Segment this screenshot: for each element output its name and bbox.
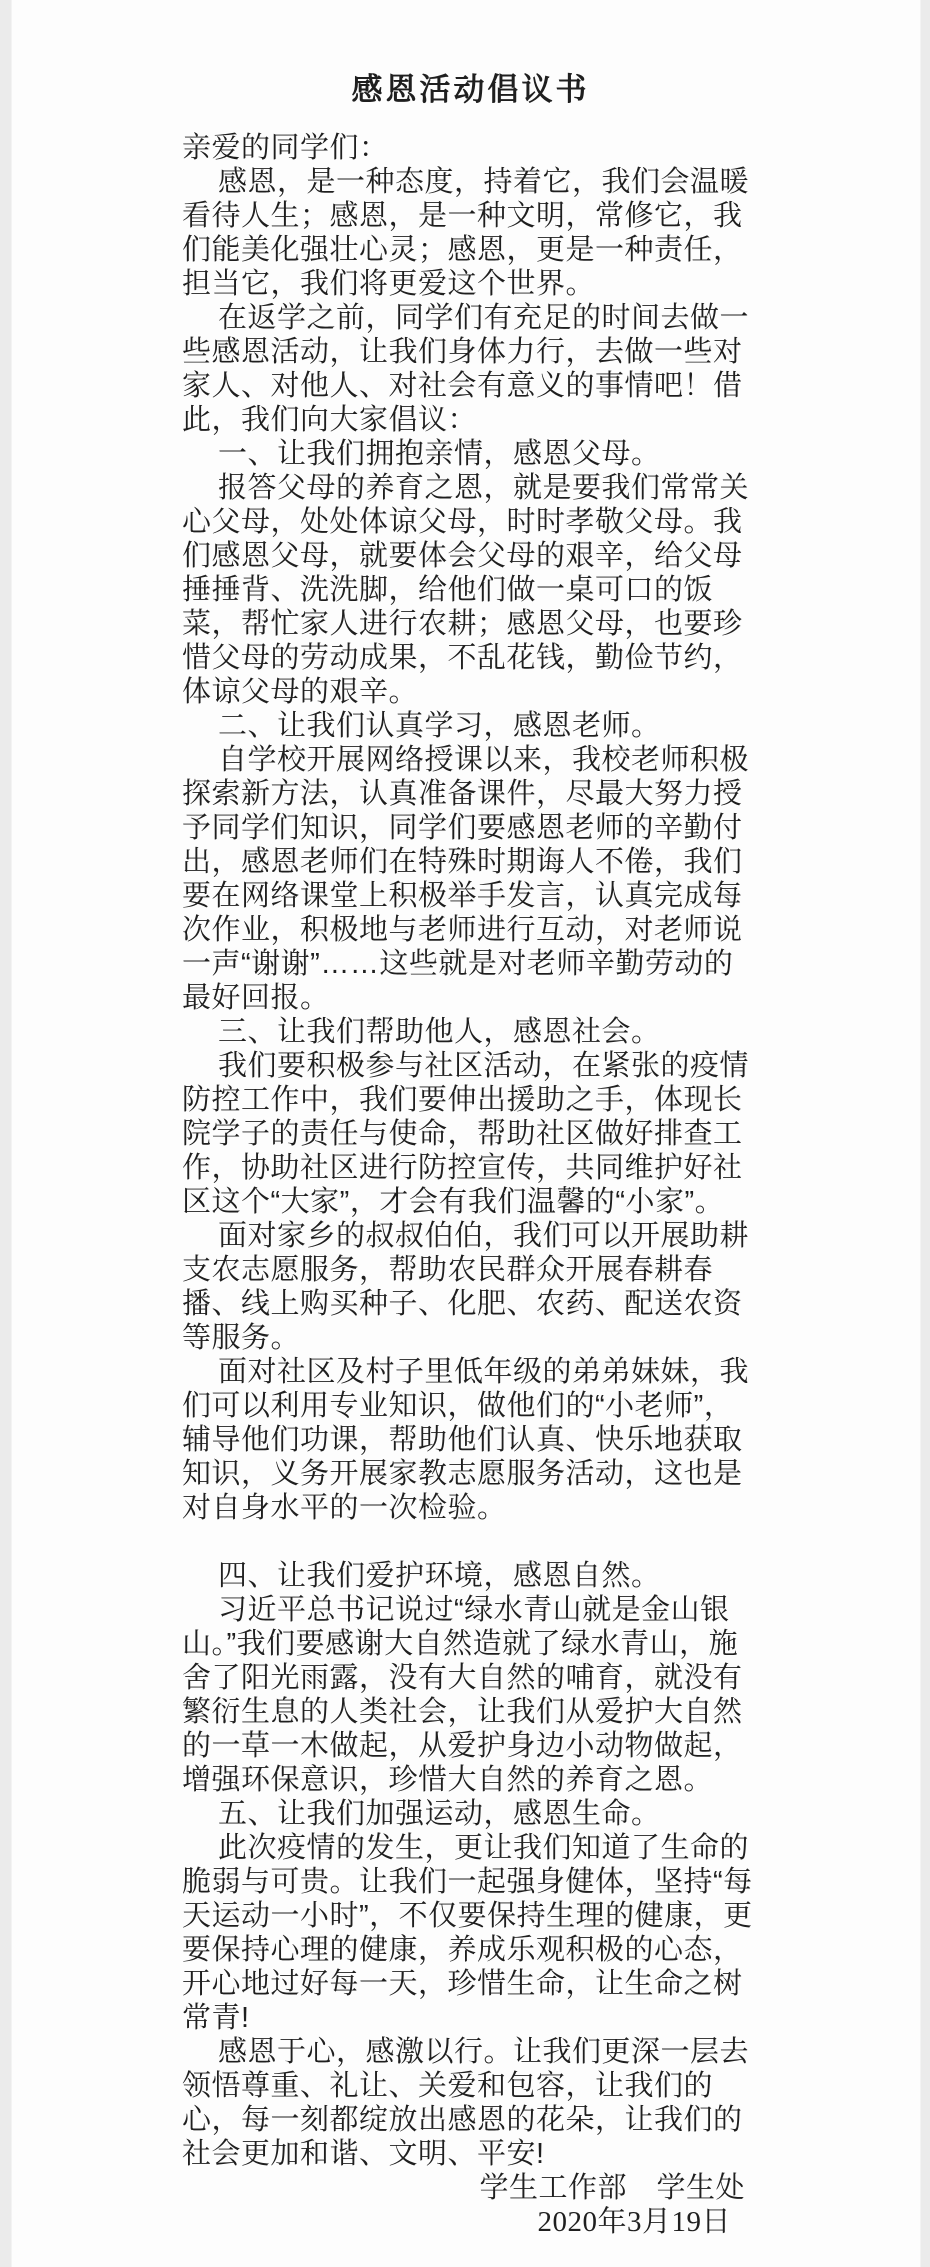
text-line: 心，每一刻都绽放出感恩的花朵，让我们的 — [182, 2103, 745, 2137]
text-line: 予同学们知识，同学们要感恩老师的辛勤付 — [182, 811, 745, 845]
signature-line: 学生工作部 学生处 — [182, 2171, 745, 2205]
text-line: 感恩于心，感激以行。让我们更深一层去 — [182, 2035, 745, 2069]
text-line: 领悟尊重、礼让、关爱和包容，让我们的 — [182, 2069, 745, 2103]
text-line: 心父母，处处体谅父母，时时孝敬父母。我 — [182, 505, 745, 539]
text-line: 家人、对他人、对社会有意义的事情吧！借 — [182, 369, 745, 403]
text-line: 作，协助社区进行防控宣传，共同维护好社 — [182, 1151, 745, 1185]
text-line: 知识，义务开展家教志愿服务活动，这也是 — [182, 1457, 745, 1491]
text-line: 防控工作中，我们要伸出援助之手，体现长 — [182, 1083, 745, 1117]
text-line: 繁衍生息的人类社会，让我们从爱护大自然 — [182, 1695, 745, 1729]
text-line: 担当它，我们将更爱这个世界。 — [182, 267, 745, 301]
text-line: 们感恩父母，就要体会父母的艰辛，给父母 — [182, 539, 745, 573]
text-line: 在返学之前，同学们有充足的时间去做一 — [182, 301, 745, 335]
text-line: 山。”我们要感谢大自然造就了绿水青山，施 — [182, 1627, 745, 1661]
text-line: 次作业，积极地与老师进行互动，对老师说 — [182, 913, 745, 947]
blank-line — [182, 1525, 745, 1559]
section-heading-line: 三、让我们帮助他人，感恩社会。 — [182, 1015, 745, 1049]
text-line: 等服务。 — [182, 1321, 745, 1355]
text-line: 菜，帮忙家人进行农耕；感恩父母，也要珍 — [182, 607, 745, 641]
text-line: 看待人生；感恩，是一种文明，常修它，我 — [182, 199, 745, 233]
text-line: 们可以利用专业知识，做他们的“小老师”， — [182, 1389, 745, 1423]
text-line: 体谅父母的艰辛。 — [182, 675, 745, 709]
text-line: 探索新方法，认真准备课件，尽最大努力授 — [182, 777, 745, 811]
document-page: 感恩活动倡议书 亲爱的同学们：感恩，是一种态度，持着它，我们会温暖看待人生；感恩… — [182, 0, 745, 2239]
text-line: 感恩，是一种态度，持着它，我们会温暖 — [182, 165, 745, 199]
scanned-document-image: 感恩活动倡议书 亲爱的同学们：感恩，是一种态度，持着它，我们会温暖看待人生；感恩… — [0, 0, 930, 2267]
text-line: 播、线上购买种子、化肥、农药、配送农资 — [182, 1287, 745, 1321]
right-gutter — [920, 0, 930, 2267]
text-line: 面对家乡的叔叔伯伯，我们可以开展助耕 — [182, 1219, 745, 1253]
text-line: 要保持心理的健康，养成乐观积极的心态， — [182, 1933, 745, 1967]
text-line: 要在网络课堂上积极举手发言，认真完成每 — [182, 879, 745, 913]
section-heading-line: 五、让我们加强运动，感恩生命。 — [182, 1797, 745, 1831]
text-line: 最好回报。 — [182, 981, 745, 1015]
text-line: 习近平总书记说过“绿水青山就是金山银 — [182, 1593, 745, 1627]
section-heading-line: 二、让我们认真学习，感恩老师。 — [182, 709, 745, 743]
date-line: 2020年3月19日 — [182, 2205, 745, 2239]
text-line: 们能美化强壮心灵；感恩，更是一种责任， — [182, 233, 745, 267]
text-line: 我们要积极参与社区活动，在紧张的疫情 — [182, 1049, 745, 1083]
text-line: 亲爱的同学们： — [182, 131, 745, 165]
text-line: 报答父母的养育之恩，就是要我们常常关 — [182, 471, 745, 505]
text-line: 支农志愿服务，帮助农民群众开展春耕春 — [182, 1253, 745, 1287]
text-line: 捶捶背、洗洗脚，给他们做一桌可口的饭 — [182, 573, 745, 607]
text-line: 此，我们向大家倡议： — [182, 403, 745, 437]
section-heading-line: 一、让我们拥抱亲情，感恩父母。 — [182, 437, 745, 471]
text-line: 舍了阳光雨露，没有大自然的哺育，就没有 — [182, 1661, 745, 1695]
document-title: 感恩活动倡议书 — [182, 72, 745, 108]
text-line: 脆弱与可贵。让我们一起强身健体，坚持“每 — [182, 1865, 745, 1899]
text-line: 此次疫情的发生，更让我们知道了生命的 — [182, 1831, 745, 1865]
text-line: 社会更加和谐、文明、平安! — [182, 2137, 745, 2171]
text-line: 一声“谢谢”……这些就是对老师辛勤劳动的 — [182, 947, 745, 981]
text-line: 面对社区及村子里低年级的弟弟妹妹，我 — [182, 1355, 745, 1389]
text-line: 惜父母的劳动成果，不乱花钱，勤俭节约， — [182, 641, 745, 675]
text-line: 对自身水平的一次检验。 — [182, 1491, 745, 1525]
text-line: 天运动一小时”，不仅要保持生理的健康，更 — [182, 1899, 745, 1933]
text-line: 开心地过好每一天，珍惜生命，让生命之树 — [182, 1967, 745, 2001]
text-line: 辅导他们功课，帮助他们认真、快乐地获取 — [182, 1423, 745, 1457]
text-line: 院学子的责任与使命，帮助社区做好排查工 — [182, 1117, 745, 1151]
text-line: 增强环保意识，珍惜大自然的养育之恩。 — [182, 1763, 745, 1797]
text-line: 出，感恩老师们在特殊时期诲人不倦，我们 — [182, 845, 745, 879]
text-line: 的一草一木做起，从爱护身边小动物做起， — [182, 1729, 745, 1763]
document-body: 亲爱的同学们：感恩，是一种态度，持着它，我们会温暖看待人生；感恩，是一种文明，常… — [182, 131, 745, 2239]
text-line: 区这个“大家”，才会有我们温馨的“小家”。 — [182, 1185, 745, 1219]
section-heading-line: 四、让我们爱护环境，感恩自然。 — [182, 1559, 745, 1593]
text-line: 自学校开展网络授课以来，我校老师积极 — [182, 743, 745, 777]
text-line: 常青! — [182, 2001, 745, 2035]
text-line: 些感恩活动，让我们身体力行，去做一些对 — [182, 335, 745, 369]
left-gutter — [0, 0, 12, 2267]
